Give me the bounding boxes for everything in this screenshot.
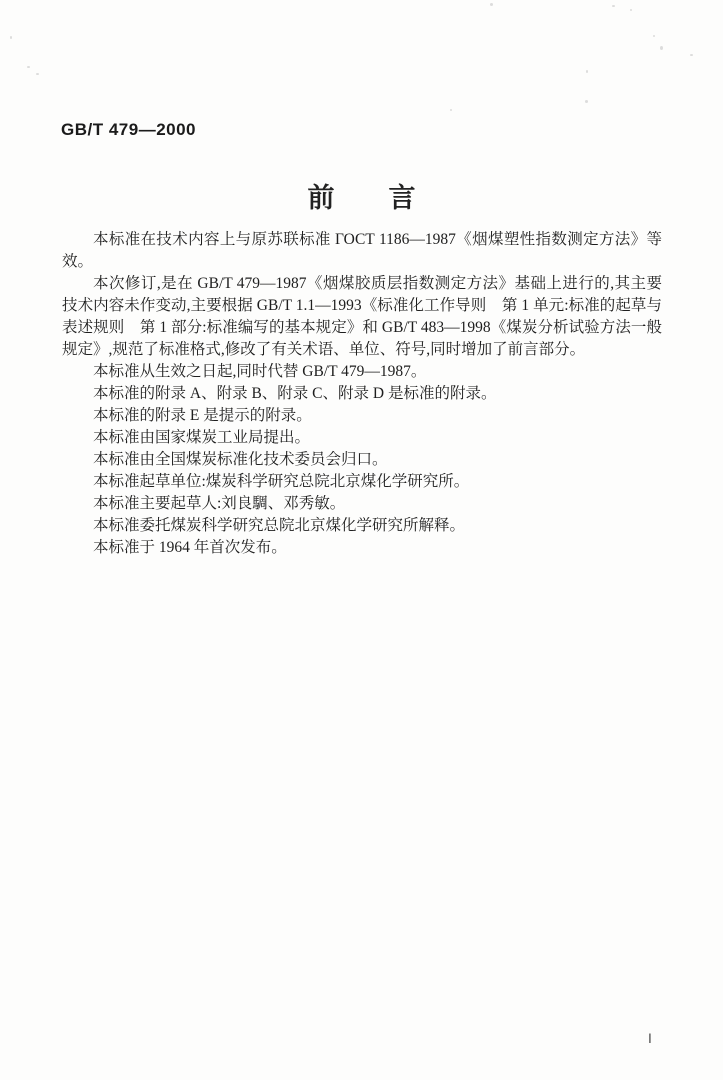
scan-speck [10,36,12,39]
scan-speck [36,73,39,75]
scan-speck [653,35,655,37]
page-title: 前 言 [0,176,723,215]
foreword-paragraph: 本标准在技术内容上与原苏联标准 ГОСТ 1186—1987《烟煤塑性指数测定方… [62,229,662,273]
foreword-paragraph: 本标准起草单位:煤炭科学研究总院北京煤化学研究所。 [62,471,662,493]
standard-number: GB/T 479—2000 [61,120,196,140]
foreword-paragraph: 本标准由国家煤炭工业局提出。 [62,427,662,449]
scan-speck [490,3,493,6]
scan-speck [450,109,452,111]
foreword-paragraph: 本次修订,是在 GB/T 479—1987《烟煤胶质层指数测定方法》基础上进行的… [62,273,662,361]
scan-speck [586,70,588,73]
page-number: Ⅰ [648,1031,652,1047]
scan-speck [660,46,663,50]
document-page: GB/T 479—2000 前 言 本标准在技术内容上与原苏联标准 ГОСТ 1… [0,0,723,1080]
scan-speck [630,9,632,11]
foreword-paragraph: 本标准从生效之日起,同时代替 GB/T 479—1987。 [62,361,662,383]
foreword-paragraph: 本标准于 1964 年首次发布。 [62,537,662,559]
foreword-paragraph: 本标准委托煤炭科学研究总院北京煤化学研究所解释。 [62,515,662,537]
scan-speck [27,66,30,68]
scan-speck [585,100,588,103]
foreword-paragraph: 本标准的附录 E 是提示的附录。 [62,405,662,427]
scan-speck [612,5,615,7]
foreword-paragraph: 本标准由全国煤炭标准化技术委员会归口。 [62,449,662,471]
scan-speck [690,54,693,56]
foreword-body: 本标准在技术内容上与原苏联标准 ГОСТ 1186—1987《烟煤塑性指数测定方… [62,229,662,559]
foreword-paragraph: 本标准的附录 A、附录 B、附录 C、附录 D 是标准的附录。 [62,383,662,405]
foreword-paragraph: 本标准主要起草人:刘良騆、邓秀敏。 [62,493,662,515]
